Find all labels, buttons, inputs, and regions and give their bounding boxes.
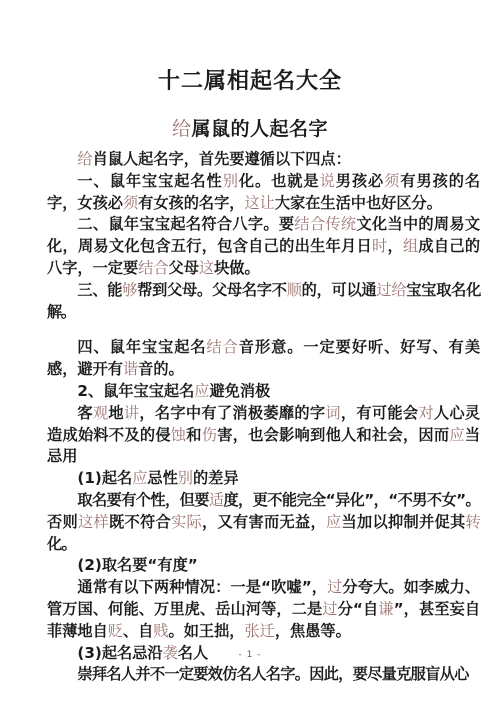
text-run: 大家在生活中也好区分。 bbox=[275, 194, 442, 212]
text-run: 帮到父母。父母名字不 bbox=[137, 281, 286, 299]
text-run: 。如王拙， bbox=[169, 622, 245, 640]
text-run: 四、鼠年宝宝起名 bbox=[77, 338, 206, 356]
accent-text-run: 结合传统 bbox=[294, 215, 356, 233]
text-run: 男孩必 bbox=[336, 172, 384, 190]
paragraph: 二、鼠年宝宝起名符合八字。要结合传统文化当中的周易文化，周易文化包含五行，包含自… bbox=[47, 214, 480, 279]
accent-text-run: 顺 bbox=[287, 281, 302, 299]
text-run: 客 bbox=[77, 404, 93, 422]
accent-text-run: 应 bbox=[194, 382, 209, 400]
accent-text-run: 观 bbox=[93, 404, 109, 422]
accent-text-run: 转 bbox=[465, 513, 480, 531]
accent-text-run: 谐 bbox=[123, 360, 138, 378]
text-run: 避免消极 bbox=[209, 382, 270, 400]
accent-text-run: 蚀 bbox=[171, 426, 186, 444]
text-run: 的差异 bbox=[193, 469, 239, 487]
paragraph: 一、鼠年宝宝起名性别化。也就是说男孩必须有男孩的名字，女孩必须有女孩的名字，这让… bbox=[47, 171, 480, 215]
text-run: ，又有害而无益， bbox=[202, 513, 326, 531]
accent-text-run: 这 bbox=[199, 259, 214, 277]
paragraph: 客观地讲，名字中有了消极萎靡的字词，有可能会对人心灵造成始料不及的侵蚀和伤害，也… bbox=[47, 403, 480, 468]
text-run: 既不符合 bbox=[109, 513, 171, 531]
paragraph: (2)取名要“有度” bbox=[47, 555, 480, 577]
accent-text-run: 贱 bbox=[153, 622, 168, 640]
accent-text-run: 讲 bbox=[124, 404, 140, 422]
accent-text-run: 词 bbox=[325, 404, 341, 422]
accent-text-run: 时 bbox=[372, 237, 387, 255]
text-run: 忌性 bbox=[147, 469, 177, 487]
accent-text-run: 够 bbox=[122, 281, 137, 299]
text-run: 三、能 bbox=[77, 281, 122, 299]
text-run: 分“自 bbox=[338, 600, 379, 618]
text-run: 块做。 bbox=[214, 259, 260, 277]
text-run: 化。 bbox=[47, 535, 76, 553]
text-run: ，焦愚等。 bbox=[275, 622, 351, 640]
text-run: 通常有以下两种情况：一是“吹嘘”， bbox=[77, 578, 327, 596]
text-run: 当加以抑制并促其 bbox=[341, 513, 465, 531]
accent-text-run: 给 bbox=[77, 150, 92, 168]
text-run: (2)取名要“有度” bbox=[77, 556, 197, 574]
accent-text-run: 过给 bbox=[376, 281, 406, 299]
accent-text-run: 过 bbox=[327, 578, 342, 596]
text-run: (1)起名 bbox=[77, 469, 132, 487]
accent-text-run: 应 bbox=[449, 426, 464, 444]
text-run: 二、鼠年宝宝起名符合八字。要 bbox=[77, 215, 294, 233]
accent-text-run: 适 bbox=[209, 491, 224, 509]
accent-text-run: 别 bbox=[178, 469, 193, 487]
text-run: ， bbox=[387, 237, 402, 255]
accent-text-run: 这让 bbox=[244, 194, 274, 212]
accent-text-run: 张迁 bbox=[244, 622, 274, 640]
accent-text-run: 应 bbox=[132, 469, 147, 487]
accent-text-run: 给 bbox=[172, 118, 192, 140]
text-run: 化。也就是 bbox=[239, 172, 320, 190]
text-run: 有女孩的名字， bbox=[138, 194, 244, 212]
accent-text-run: 结合 bbox=[207, 338, 239, 356]
text-run: 肖鼠人起名字，首先要遵循以下四点： bbox=[93, 150, 351, 168]
page-number: - 1 - bbox=[0, 650, 500, 660]
text-run: 害，也会影响到他人和社会，因而 bbox=[217, 426, 449, 444]
text-run: 父母 bbox=[169, 259, 199, 277]
text-run: ，名字中有了消极萎靡的字 bbox=[139, 404, 325, 422]
accent-text-run: 说 bbox=[320, 172, 336, 190]
doc-subtitle: 给属鼠的人起名字 bbox=[0, 119, 500, 140]
accent-text-run: 这样 bbox=[78, 513, 109, 531]
doc-title: 十二属相起名大全 bbox=[0, 0, 500, 94]
paragraph: 2、鼠年宝宝起名应避免消极 bbox=[47, 381, 480, 403]
accent-text-run: 伤 bbox=[202, 426, 217, 444]
accent-text-run: 谦 bbox=[378, 600, 393, 618]
accent-text-run: 须 bbox=[123, 194, 138, 212]
paragraph: 四、鼠年宝宝起名结合音形意。一定要好听、好写、有美感，避开有谐音的。 bbox=[47, 337, 480, 381]
accent-text-run: 应 bbox=[326, 513, 342, 531]
text-run: 的，可以通 bbox=[302, 281, 377, 299]
accent-text-run: 实际 bbox=[171, 513, 202, 531]
accent-text-run: 须 bbox=[384, 172, 400, 190]
accent-text-run: 结合 bbox=[138, 259, 168, 277]
text-run: 地 bbox=[108, 404, 124, 422]
accent-text-run: 组 bbox=[403, 237, 418, 255]
text-run: 音的。 bbox=[138, 360, 184, 378]
text-run: 和 bbox=[186, 426, 201, 444]
text-run: 崇拜名人并不一定要效仿名人名字。因此，要尽量克服盲从心 bbox=[77, 665, 468, 683]
text-run: 一、鼠年宝宝起名性 bbox=[77, 172, 222, 190]
paragraph: (1)起名应忌性别的差异 bbox=[47, 468, 480, 490]
paragraph: 通常有以下两种情况：一是“吹嘘”，过分夸大。如李威力、管万国、何能、万里虎、岳山… bbox=[47, 577, 480, 642]
text-run: 取名要有个性，但要 bbox=[77, 491, 208, 509]
text-run: ，有可能会 bbox=[341, 404, 418, 422]
paragraph: 给肖鼠人起名字，首先要遵循以下四点： bbox=[47, 149, 480, 171]
paragraph: 取名要有个性，但要适度，更不能完全“异化”，“不男不女”。否则这样既不符合实际，… bbox=[47, 490, 480, 555]
paragraph: 三、能够帮到父母。父母名字不顺的，可以通过给宝宝取名化解。 bbox=[47, 280, 480, 324]
text-run: 属鼠的人起名字 bbox=[192, 118, 329, 140]
accent-text-run: 贬 bbox=[108, 622, 123, 640]
paragraph: 崇拜名人并不一定要效仿名人名字。因此，要尽量克服盲从心 bbox=[47, 664, 480, 686]
document-page: 十二属相起名大全 给属鼠的人起名字 给肖鼠人起名字，首先要遵循以下四点：一、鼠年… bbox=[0, 0, 500, 708]
accent-text-run: 别 bbox=[223, 172, 239, 190]
accent-text-run: 对 bbox=[418, 404, 434, 422]
body-text: 给肖鼠人起名字，首先要遵循以下四点：一、鼠年宝宝起名性别化。也就是说男孩必须有男… bbox=[47, 149, 480, 686]
accent-text-run: 过 bbox=[322, 600, 337, 618]
text-run: 、自 bbox=[123, 622, 153, 640]
text-run: 2、鼠年宝宝起名 bbox=[77, 382, 194, 400]
